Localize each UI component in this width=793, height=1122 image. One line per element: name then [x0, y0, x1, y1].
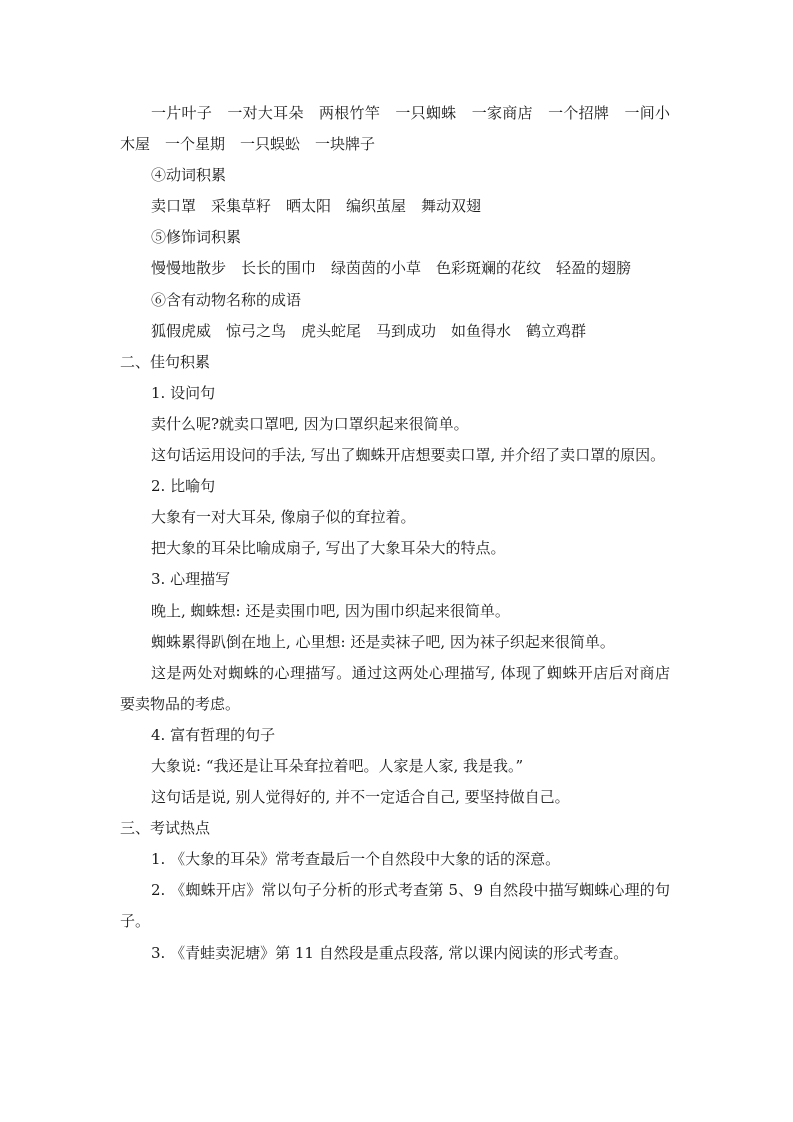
s1-example: 卖什么呢?就卖口罩吧, 因为口罩织起来很简单。: [120, 409, 670, 440]
measure-words-line: 一片叶子 一对大耳朵 两根竹竿 一只蜘蛛 一家商店 一个招牌 一间小木屋 一个星…: [120, 98, 670, 160]
section2-heading: 二、佳句积累: [120, 347, 670, 378]
s2-example: 大象有一对大耳朵, 像扇子似的耷拉着。: [120, 502, 670, 533]
s3-example1: 晚上, 蜘蛛想: 还是卖围巾吧, 因为围巾织起来很简单。: [120, 596, 670, 627]
exam-point-1: 1. 《大象的耳朵》常考查最后一个自然段中大象的话的深意。: [120, 844, 670, 875]
modifiers-line: 慢慢地散步 长长的围巾 绿茵茵的小草 色彩斑斓的花纹 轻盈的翅膀: [120, 253, 670, 284]
s1-title: 1. 设问句: [120, 378, 670, 409]
verbs-heading: ④动词积累: [120, 160, 670, 191]
s1-note: 这句话运用设问的手法, 写出了蜘蛛开店想要卖口罩, 并介绍了卖口罩的原因。: [120, 440, 670, 471]
idioms-heading: ⑥含有动物名称的成语: [120, 285, 670, 316]
idioms-line: 狐假虎威 惊弓之鸟 虎头蛇尾 马到成功 如鱼得水 鹤立鸡群: [120, 316, 670, 347]
s4-note: 这句话是说, 别人觉得好的, 并不一定适合自己, 要坚持做自己。: [120, 782, 670, 813]
modifiers-heading: ⑤修饰词积累: [120, 222, 670, 253]
s3-note: 这是两处对蜘蛛的心理描写。通过这两处心理描写, 体现了蜘蛛开店后对商店要卖物品的…: [120, 658, 670, 720]
exam-point-2: 2. 《蜘蛛开店》常以句子分析的形式考查第 5、9 自然段中描写蜘蛛心理的句子。: [120, 875, 670, 937]
s2-note: 把大象的耳朵比喻成扇子, 写出了大象耳朵大的特点。: [120, 533, 670, 564]
verbs-line: 卖口罩 采集草籽 晒太阳 编织茧屋 舞动双翅: [120, 191, 670, 222]
s4-example: 大象说: “我还是让耳朵耷拉着吧。人家是人家, 我是我。”: [120, 751, 670, 782]
s3-example2: 蜘蛛累得趴倒在地上, 心里想: 还是卖袜子吧, 因为袜子织起来很简单。: [120, 627, 670, 658]
exam-point-3: 3. 《青蛙卖泥塘》第 11 自然段是重点段落, 常以课内阅读的形式考查。: [120, 938, 670, 969]
s4-title: 4. 富有哲理的句子: [120, 720, 670, 751]
s2-title: 2. 比喻句: [120, 471, 670, 502]
s3-title: 3. 心理描写: [120, 564, 670, 595]
section3-heading: 三、考试热点: [120, 813, 670, 844]
document-page: 一片叶子 一对大耳朵 两根竹竿 一只蜘蛛 一家商店 一个招牌 一间小木屋 一个星…: [120, 98, 670, 969]
